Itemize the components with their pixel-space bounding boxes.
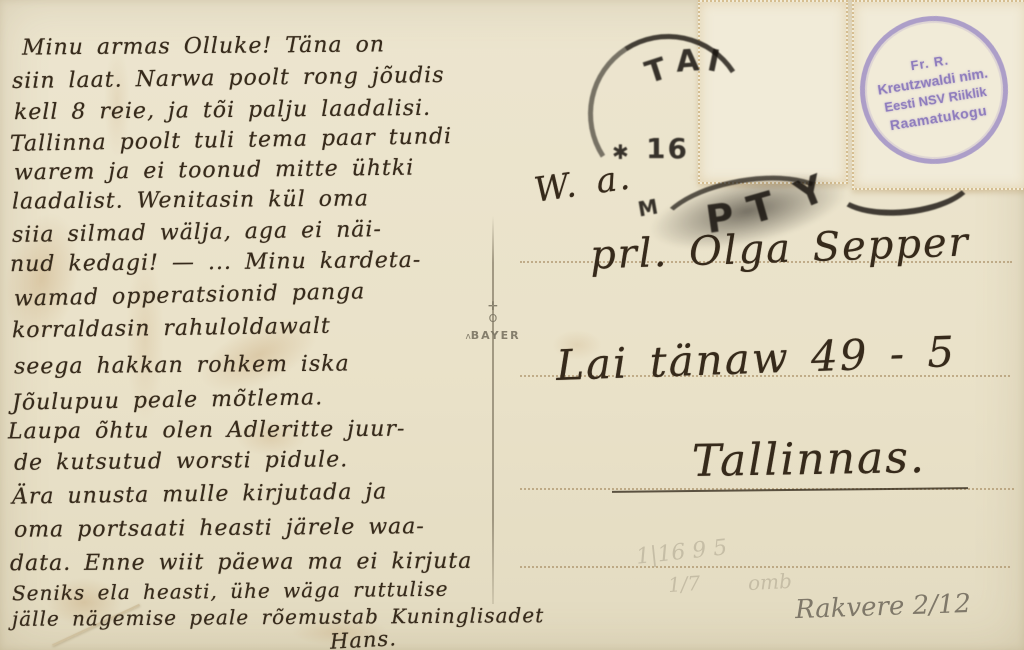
address-ruled-line [520, 566, 1010, 568]
pencil-faint-note: omb [747, 569, 792, 595]
message-line: Ära unusta mulle kirjutada ja [12, 479, 388, 509]
address-divider-line [492, 216, 494, 604]
publisher-bayer-mark: ✛ O ʌBAYER [464, 300, 522, 343]
pencil-archive-note: Rakvere 2/12 [795, 589, 972, 625]
message-line: Laupa õhtu olen Adleritte juur- [8, 417, 406, 445]
pencil-faint-note: 1|16 9 5 [635, 535, 729, 569]
message-line: Seniks ela heasti, ühe wäga ruttulise [12, 577, 449, 606]
postmark-star-icon: ✱ [612, 140, 629, 164]
postmark-letter: A [675, 43, 701, 80]
postmark-letter: M [636, 194, 660, 221]
message-line: kell 8 reie, ja tõi palju laadalisi. [14, 96, 431, 125]
bayer-label: BAYER [471, 329, 521, 342]
message-line: Jõulupuu peale mõtlema. [12, 385, 323, 415]
message-line: Minu armas Olluke! Täna on [22, 32, 385, 60]
message-line: warem ja ei toonud mitte ühtki [14, 156, 414, 186]
address-city: Tallinnas. [692, 432, 927, 487]
message-line: oma portsaati heasti järele waa- [14, 514, 425, 543]
message-line: Tallinna poolt tuli tema paar tundi [10, 124, 452, 157]
postcard-back: ✛ O ʌBAYER Minu armas Olluke! Täna on si… [0, 0, 1024, 650]
address-street: Lai tänaw 49 - 5 [555, 327, 957, 390]
message-line: korraldasin rahuloldawalt [12, 314, 331, 343]
message-line: jälle nägemise peale rõemustab Kuninglis… [12, 603, 544, 631]
message-line: de kutsutud worsti pidule. [14, 447, 348, 475]
message-line: siin laat. Narwa poolt rong jõudis [12, 63, 445, 94]
message-line: wamad opperatsionid panga [14, 279, 366, 311]
pencil-faint-note: 1/7 [667, 571, 701, 597]
message-line: siia silmad wälja, aga ei näi- [12, 217, 382, 248]
message-signature: Hans. [329, 626, 397, 650]
postmark-letter: P [703, 194, 737, 241]
message-line: data. Enne wiit päewa ma ei kirjuta [10, 549, 472, 576]
postmark-day: 16 [646, 132, 689, 165]
message-line: laadalist. Wenitasin kül oma [12, 186, 369, 214]
message-line: nud kedagi! — ... Minu kardeta- [10, 248, 421, 277]
message-line: seega hakkan rohkem iska [14, 352, 350, 380]
